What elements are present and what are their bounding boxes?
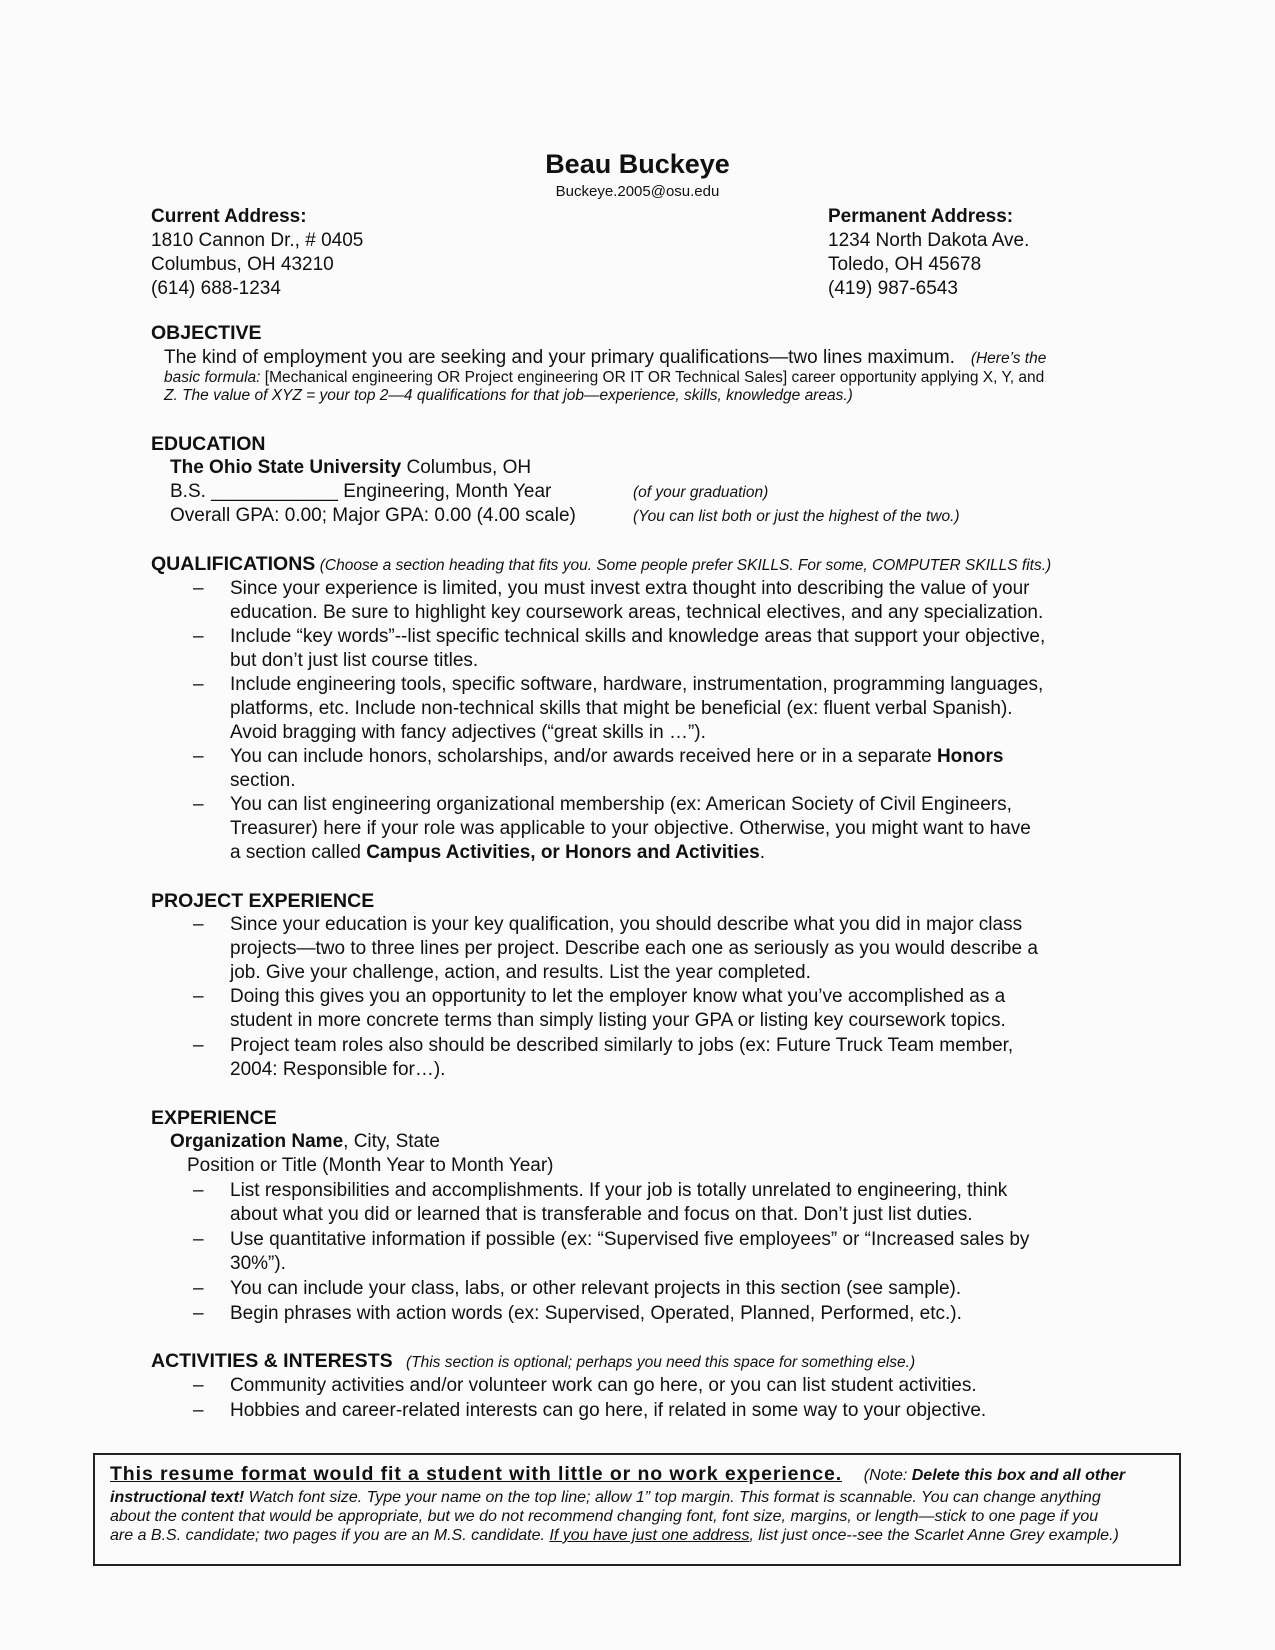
- resume-name: Beau Buckeye: [0, 149, 1275, 180]
- section-heading-activities: ACTIVITIES & INTERESTS: [151, 1350, 393, 1372]
- honors-keyword: Honors: [937, 746, 1004, 767]
- education-degree-note: (of your graduation): [633, 484, 768, 502]
- current-address-line: (614) 688-1234: [151, 277, 363, 301]
- activities-note: (This section is optional; perhaps you n…: [406, 1354, 915, 1371]
- activities-bullet: Hobbies and career-related interests can…: [230, 1400, 986, 1422]
- objective-formula: [Mechanical engineering OR Project engin…: [265, 369, 1044, 386]
- note-box-headline: This resume format would fit a student w…: [110, 1463, 842, 1485]
- note-text: are a B.S. candidate; two pages if you a…: [110, 1527, 549, 1544]
- qualification-bullet: Since your experience is limited, you mu…: [230, 578, 1029, 600]
- experience-bullet: Begin phrases with action words (ex: Sup…: [230, 1303, 962, 1325]
- school-name: The Ohio State University: [170, 457, 401, 478]
- project-bullet: projects—two to three lines per project.…: [230, 938, 1038, 960]
- qualification-bullet: education. Be sure to highlight key cour…: [230, 602, 1043, 624]
- qualification-bullet: but don’t just list course titles.: [230, 650, 478, 672]
- instruction-note-box: This resume format would fit a student w…: [93, 1453, 1181, 1566]
- qualification-bullet: platforms, etc. Include non-technical sk…: [230, 698, 1013, 720]
- qualification-bullet: Avoid bragging with fancy adjectives (“g…: [230, 722, 706, 744]
- objective-text: The kind of employment you are seeking a…: [164, 347, 955, 368]
- education-gpa: Overall GPA: 0.00; Major GPA: 0.00 (4.00…: [170, 505, 576, 527]
- section-heading-project-experience: PROJECT EXPERIENCE: [151, 890, 374, 913]
- school-location: Columbus, OH: [407, 457, 532, 478]
- qualification-bullet: section.: [230, 770, 295, 792]
- qualification-text: a section called: [230, 842, 361, 863]
- section-heading-qualifications-line: QUALIFICATIONS (Choose a section heading…: [151, 553, 1051, 576]
- experience-org-line: Organization Name, City, State: [170, 1131, 440, 1153]
- period: .: [760, 842, 765, 863]
- bullet-dash: –: [193, 1278, 204, 1300]
- bullet-dash: –: [193, 746, 204, 768]
- permanent-address-line: 1234 North Dakota Ave.: [828, 229, 1029, 253]
- project-bullet: Since your education is your key qualifi…: [230, 914, 1022, 936]
- experience-bullet: about what you did or learned that is tr…: [230, 1204, 973, 1226]
- project-bullet: Doing this gives you an opportunity to l…: [230, 986, 1005, 1008]
- qualification-bullet: You can include honors, scholarships, an…: [230, 746, 1003, 768]
- qualifications-note: (Choose a section heading that fits you.…: [320, 557, 1051, 574]
- qualification-bullet: You can list engineering organizational …: [230, 794, 1012, 816]
- note-underlined: If you have just one address: [549, 1527, 749, 1544]
- section-heading-education: EDUCATION: [151, 433, 265, 456]
- education-school-line: The Ohio State University Columbus, OH: [170, 457, 531, 479]
- bullet-dash: –: [193, 578, 204, 600]
- organization-name: Organization Name: [170, 1131, 343, 1152]
- experience-bullet: You can include your class, labs, or oth…: [230, 1278, 961, 1300]
- bullet-dash: –: [193, 794, 204, 816]
- section-heading-experience: EXPERIENCE: [151, 1107, 277, 1130]
- bullet-dash: –: [193, 674, 204, 696]
- organization-location: , City, State: [343, 1131, 440, 1152]
- education-degree: B.S. ____________ Engineering, Month Yea…: [170, 481, 551, 503]
- note-box-line: are a B.S. candidate; two pages if you a…: [110, 1527, 1119, 1545]
- bullet-dash: –: [193, 986, 204, 1008]
- objective-line: The kind of employment you are seeking a…: [164, 347, 1046, 369]
- permanent-address-line: (419) 987-6543: [828, 277, 1029, 301]
- bullet-dash: –: [193, 1229, 204, 1251]
- experience-position: Position or Title (Month Year to Month Y…: [187, 1155, 554, 1177]
- experience-bullet: Use quantitative information if possible…: [230, 1229, 1029, 1251]
- bullet-dash: –: [193, 914, 204, 936]
- qualification-bullet: Treasurer) here if your role was applica…: [230, 818, 1031, 840]
- activities-bullet: Community activities and/or volunteer wo…: [230, 1375, 977, 1397]
- bullet-dash: –: [193, 1400, 204, 1422]
- email: Buckeye.2005@osu.edu: [0, 183, 1275, 200]
- objective-formula-label: basic formula:: [164, 369, 260, 386]
- project-bullet: Project team roles also should be descri…: [230, 1035, 1013, 1057]
- permanent-address: Permanent Address: 1234 North Dakota Ave…: [828, 205, 1029, 301]
- current-address-line: Columbus, OH 43210: [151, 253, 363, 277]
- section-heading-objective: OBJECTIVE: [151, 322, 262, 345]
- qualification-bullet: Include “key words”--list specific techn…: [230, 626, 1045, 648]
- note-instructional-bold: instructional text!: [110, 1489, 244, 1506]
- bullet-dash: –: [193, 1303, 204, 1325]
- objective-line: Z. The value of XYZ = your top 2—4 quali…: [164, 387, 853, 405]
- experience-bullet: List responsibilities and accomplishment…: [230, 1180, 1007, 1202]
- permanent-address-line: Toledo, OH 45678: [828, 253, 1029, 277]
- note-text: Watch font size. Type your name on the t…: [244, 1489, 1100, 1506]
- current-address-line: 1810 Cannon Dr., # 0405: [151, 229, 363, 253]
- project-bullet: 2004: Responsible for…).: [230, 1059, 445, 1081]
- education-gpa-note: (You can list both or just the highest o…: [633, 508, 960, 526]
- note-box-headline-line: This resume format would fit a student w…: [110, 1463, 1125, 1486]
- note-bold: Delete this box and all other: [912, 1467, 1125, 1484]
- project-bullet: job. Give your challenge, action, and re…: [230, 962, 811, 984]
- note-open: (Note:: [864, 1467, 912, 1484]
- qualification-text: You can include honors, scholarships, an…: [230, 746, 932, 767]
- qualification-bullet: a section called Campus Activities, or H…: [230, 842, 765, 864]
- bullet-dash: –: [193, 626, 204, 648]
- bullet-dash: –: [193, 1375, 204, 1397]
- objective-line: basic formula: [Mechanical engineering O…: [164, 369, 1044, 387]
- note-box-line: instructional text! Watch font size. Typ…: [110, 1489, 1101, 1507]
- bullet-dash: –: [193, 1035, 204, 1057]
- note-box-line: about the content that would be appropri…: [110, 1508, 1098, 1526]
- project-bullet: student in more concrete terms than simp…: [230, 1010, 1006, 1032]
- objective-note: (Here’s the: [971, 350, 1047, 367]
- current-address-label: Current Address:: [151, 205, 363, 229]
- note-text: , list just once--see the Scarlet Anne G…: [750, 1527, 1119, 1544]
- section-heading-qualifications: QUALIFICATIONS: [151, 553, 315, 575]
- qualification-bullet: Include engineering tools, specific soft…: [230, 674, 1043, 696]
- current-address: Current Address: 1810 Cannon Dr., # 0405…: [151, 205, 363, 301]
- bullet-dash: –: [193, 1180, 204, 1202]
- permanent-address-label: Permanent Address:: [828, 205, 1029, 229]
- campus-activities-keyword: Campus Activities, or Honors and Activit…: [366, 842, 759, 863]
- experience-bullet: 30%”).: [230, 1253, 286, 1275]
- section-heading-activities-line: ACTIVITIES & INTERESTS (This section is …: [151, 1350, 915, 1373]
